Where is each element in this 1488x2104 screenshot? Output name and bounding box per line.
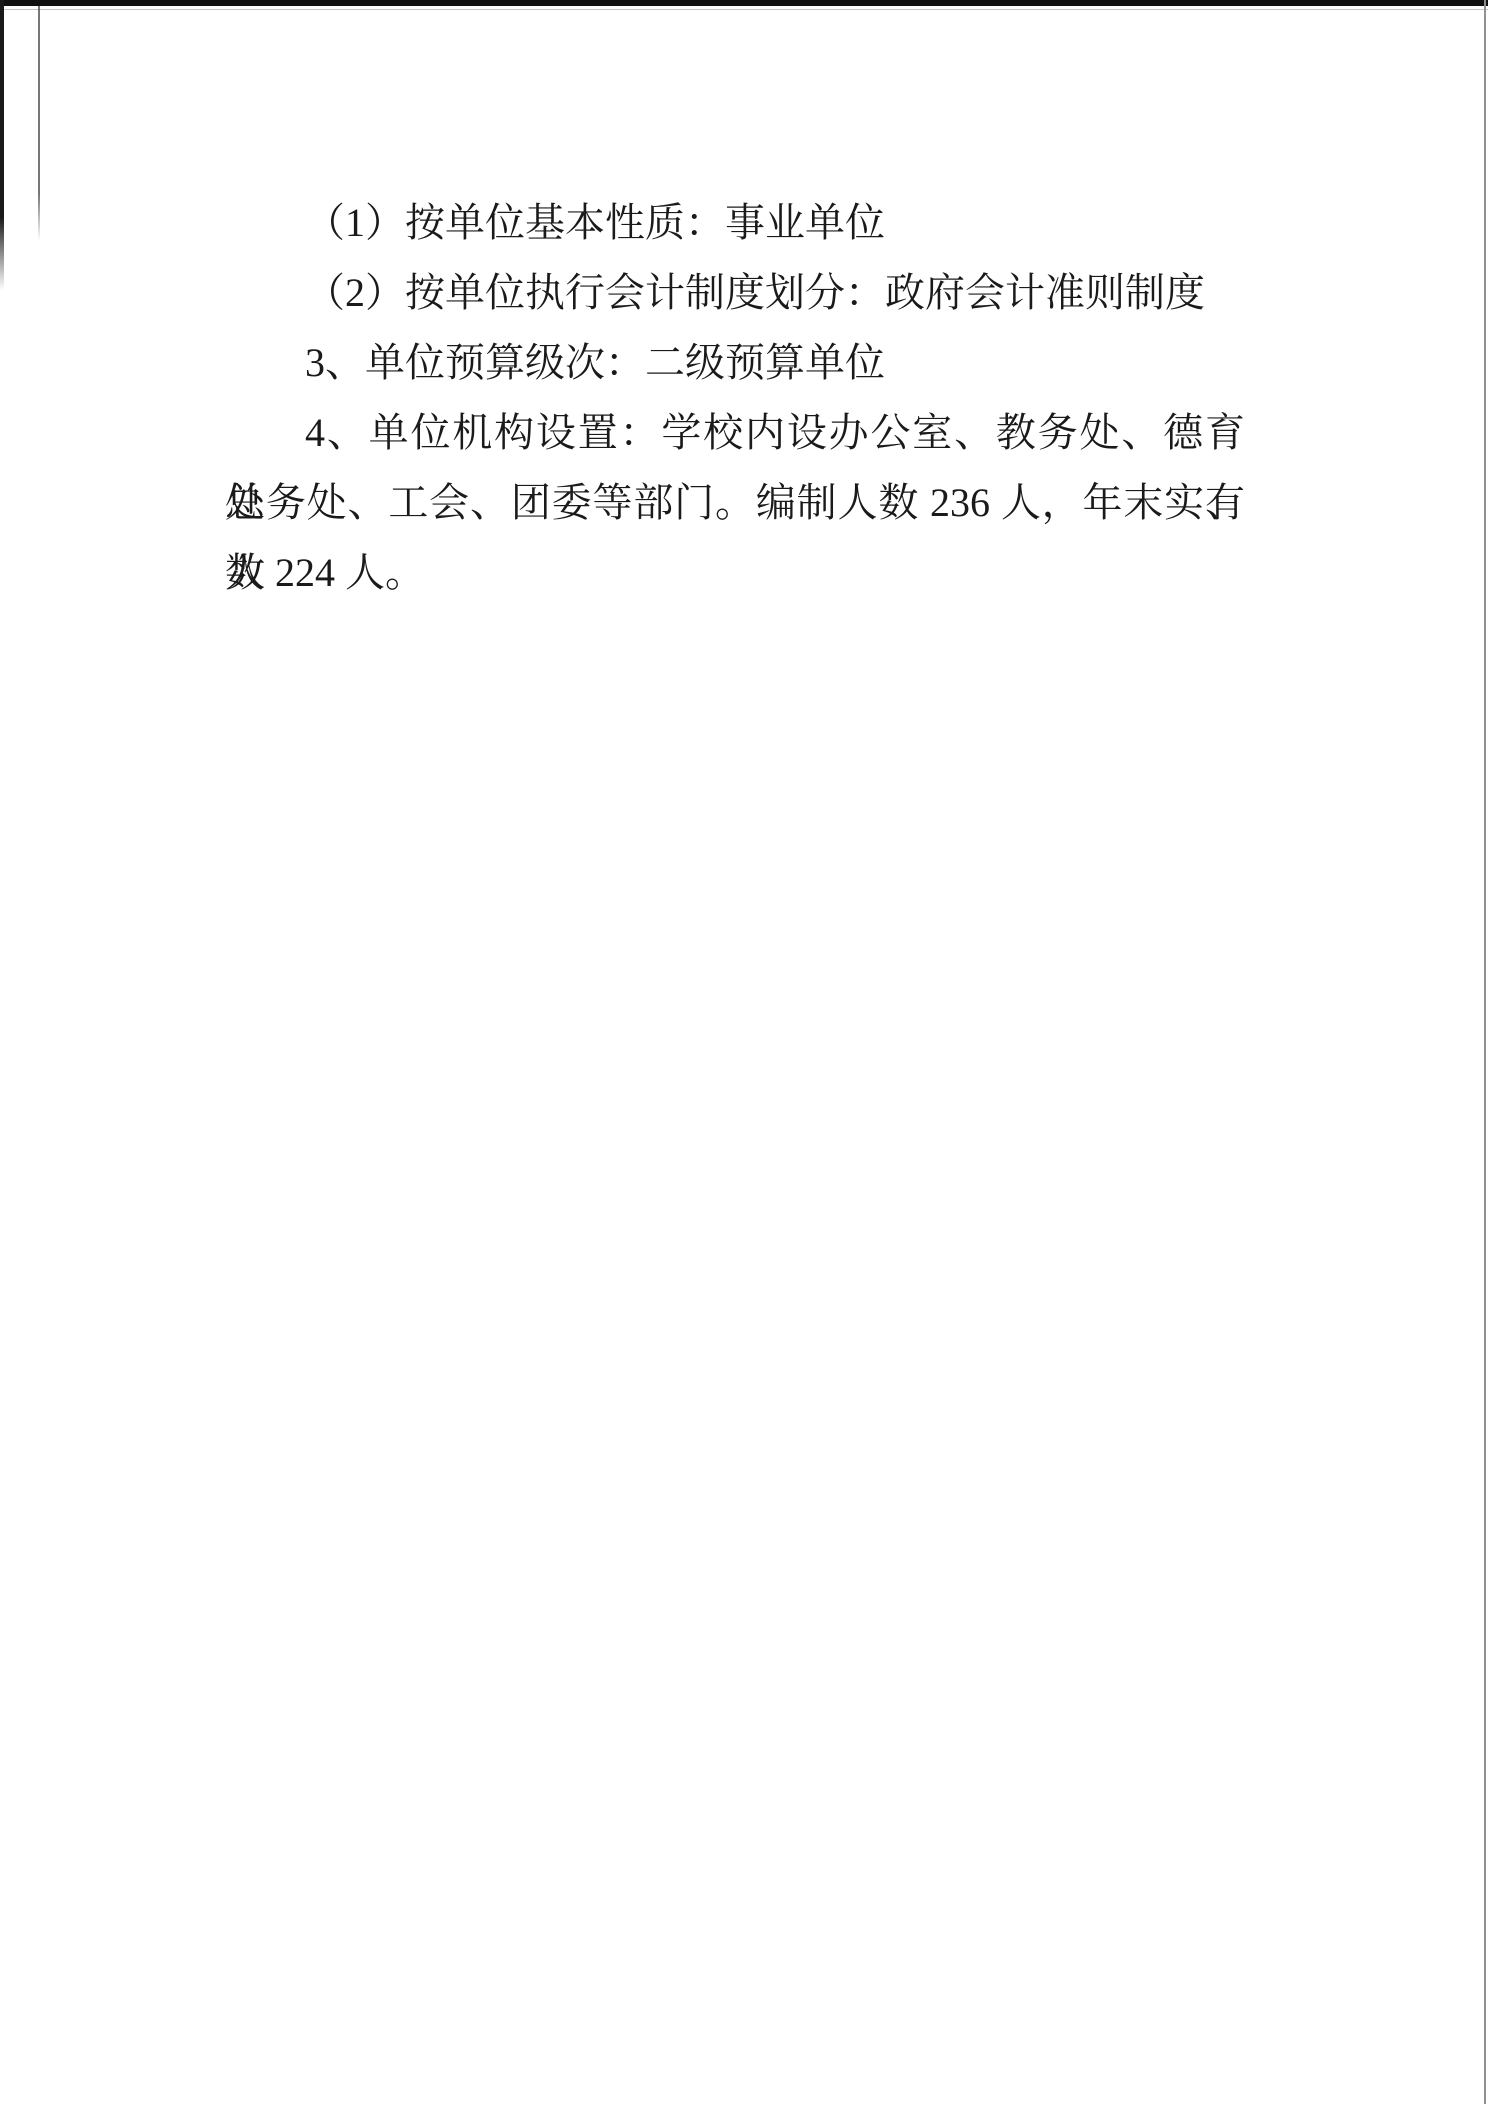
paragraph-4-line-1: 4、单位机构设置：学校内设办公室、教务处、德育处、 <box>225 398 1245 468</box>
scan-left-inner-line <box>38 6 40 241</box>
scan-top-edge-bar <box>0 0 1488 6</box>
scan-top-hairline <box>0 9 1488 10</box>
paragraph-1-line-1: （1）按单位基本性质：事业单位 <box>225 188 1245 258</box>
paragraph-4-line-2: 总务处、工会、团委等部门。编制人数 236 人，年末实有人 <box>225 468 1245 538</box>
scan-right-edge-line <box>1484 0 1486 2104</box>
document-text-block: （1）按单位基本性质：事业单位 （2）按单位执行会计制度划分：政府会计准则制度 … <box>225 188 1245 608</box>
paragraph-4-line-3: 数 224 人。 <box>225 538 1245 608</box>
paragraph-3-line-1: 3、单位预算级次：二级预算单位 <box>225 328 1245 398</box>
document-page: （1）按单位基本性质：事业单位 （2）按单位执行会计制度划分：政府会计准则制度 … <box>0 0 1488 2104</box>
scan-left-edge-strip <box>0 0 4 290</box>
paragraph-2-line-1: （2）按单位执行会计制度划分：政府会计准则制度 <box>225 258 1245 328</box>
